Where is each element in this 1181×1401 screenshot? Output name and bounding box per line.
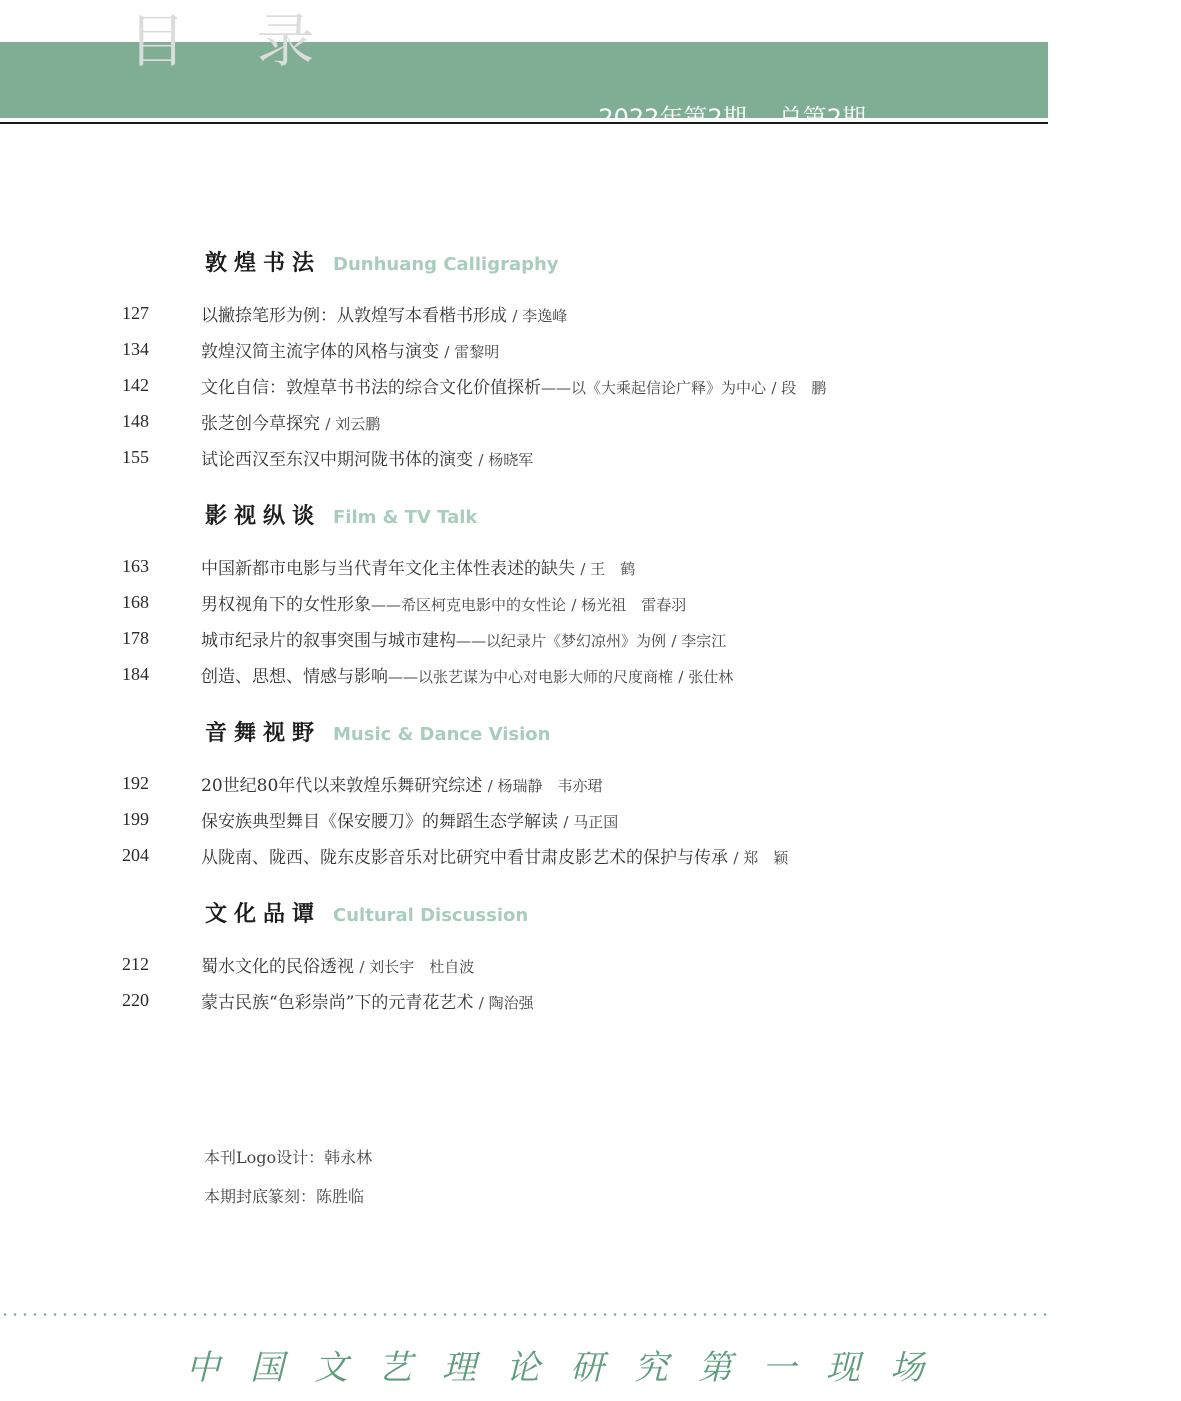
entry-title: 男权视角下的女性形象——希区柯克电影中的女性论 / 杨光祖 雷春羽 [201, 590, 686, 615]
footer-slogan: 中国文艺理论研究第一现场 [186, 1340, 954, 1389]
section-heading-film-tv: 影视纵谈 Film & TV Talk [205, 499, 477, 530]
page-number: 148 [122, 411, 182, 432]
entry-title: 从陇南、陇西、陇东皮影音乐对比研究中看甘肃皮影艺术的保护与传承 / 郑 颖 [201, 843, 788, 868]
section-title-en: Dunhuang Calligraphy [333, 254, 559, 275]
entry-title: 城市纪录片的叙事突围与城市建构——以纪录片《梦幻凉州》为例 / 李宗江 [201, 626, 726, 651]
page-number: 178 [122, 628, 182, 649]
entry-title: 敦煌汉简主流字体的风格与演变 / 雷黎明 [201, 337, 499, 362]
section-title-zh: 音舞视野 [205, 716, 321, 747]
page-number: 168 [122, 592, 182, 613]
page-number: 127 [122, 303, 182, 324]
entry-title: 蒙古民族“色彩崇尚”下的元青花艺术 / 陶治强 [201, 988, 534, 1013]
entry-author: / 杨瑞静 韦亦珺 [488, 777, 603, 795]
page-number: 155 [122, 447, 182, 468]
page-title: 目 录 [128, 12, 340, 70]
entry-author: / 刘长宇 杜自波 [359, 958, 474, 976]
page-number: 184 [122, 664, 182, 685]
page-number: 192 [122, 773, 182, 794]
page-number: 142 [122, 375, 182, 396]
page-number: 220 [122, 990, 182, 1011]
entry-author: / 郑 颖 [733, 849, 788, 867]
page-number: 204 [122, 845, 182, 866]
page-number: 163 [122, 556, 182, 577]
entry-title: 试论西汉至东汉中期河陇书体的演变 / 杨晓军 [201, 445, 533, 470]
entry-author: / 马正国 [563, 813, 618, 831]
entry-title: 中国新都市电影与当代青年文化主体性表述的缺失 / 王 鹤 [201, 554, 635, 579]
section-heading-cultural: 文化品谭 Cultural Discussion [205, 897, 528, 928]
entry-author: / 段 鹏 [771, 379, 826, 397]
entry-title: 文化自信：敦煌草书书法的综合文化价值探析——以《大乘起信论广释》为中心 / 段 … [201, 373, 826, 398]
section-title-zh: 敦煌书法 [205, 246, 321, 277]
page-number: 134 [122, 339, 182, 360]
entry-title: 蜀水文化的民俗透视 / 刘长宇 杜自波 [201, 952, 474, 977]
page-number: 212 [122, 954, 182, 975]
dotted-divider [0, 1313, 1050, 1316]
total-issue-number: 总第2期 [779, 106, 866, 130]
page-number: 199 [122, 809, 182, 830]
section-title-en: Film & TV Talk [333, 507, 477, 528]
logo-credit: 本刊Logo设计：韩永林 [204, 1138, 372, 1177]
section-title-en: Music & Dance Vision [333, 724, 550, 745]
entry-author: / 王 鹤 [580, 560, 635, 578]
entry-author: / 杨晓军 [478, 451, 533, 469]
section-heading-calligraphy: 敦煌书法 Dunhuang Calligraphy [205, 246, 559, 277]
header-rule [0, 122, 1048, 124]
entry-title: 以撇捺笔形为例：从敦煌写本看楷书形成 / 李逸峰 [201, 301, 567, 326]
entry-author: / 李逸峰 [512, 307, 567, 325]
entry-author: / 雷黎明 [444, 343, 499, 361]
entry-author: / 李宗江 [671, 632, 726, 650]
section-title-zh: 影视纵谈 [205, 499, 321, 530]
seal-credit: 本期封底篆刻：陈胜临 [204, 1177, 372, 1216]
section-heading-music-dance: 音舞视野 Music & Dance Vision [205, 716, 550, 747]
entry-author: / 刘云鹏 [325, 415, 380, 433]
section-title-zh: 文化品谭 [205, 897, 321, 928]
section-title-en: Cultural Discussion [333, 905, 528, 926]
credits: 本刊Logo设计：韩永林 本期封底篆刻：陈胜临 [204, 1138, 372, 1216]
entry-author: / 陶治强 [479, 994, 534, 1012]
entry-title: 创造、思想、情感与影响——以张艺谋为中心对电影大师的尺度商榷 / 张仕林 [201, 662, 733, 687]
entry-author: / 张仕林 [678, 668, 733, 686]
entry-title: 20世纪80年代以来敦煌乐舞研究综述 / 杨瑞静 韦亦珺 [201, 771, 603, 796]
issue-number: 2022年第2期 [598, 106, 746, 130]
entry-title: 张芝创今草探究 / 刘云鹏 [201, 409, 380, 434]
entry-author: / 杨光祖 雷春羽 [571, 596, 686, 614]
entry-title: 保安族典型舞目《保安腰刀》的舞蹈生态学解读 / 马正国 [201, 807, 618, 832]
issue-info: 2022年第2期总第2期 [598, 106, 866, 130]
